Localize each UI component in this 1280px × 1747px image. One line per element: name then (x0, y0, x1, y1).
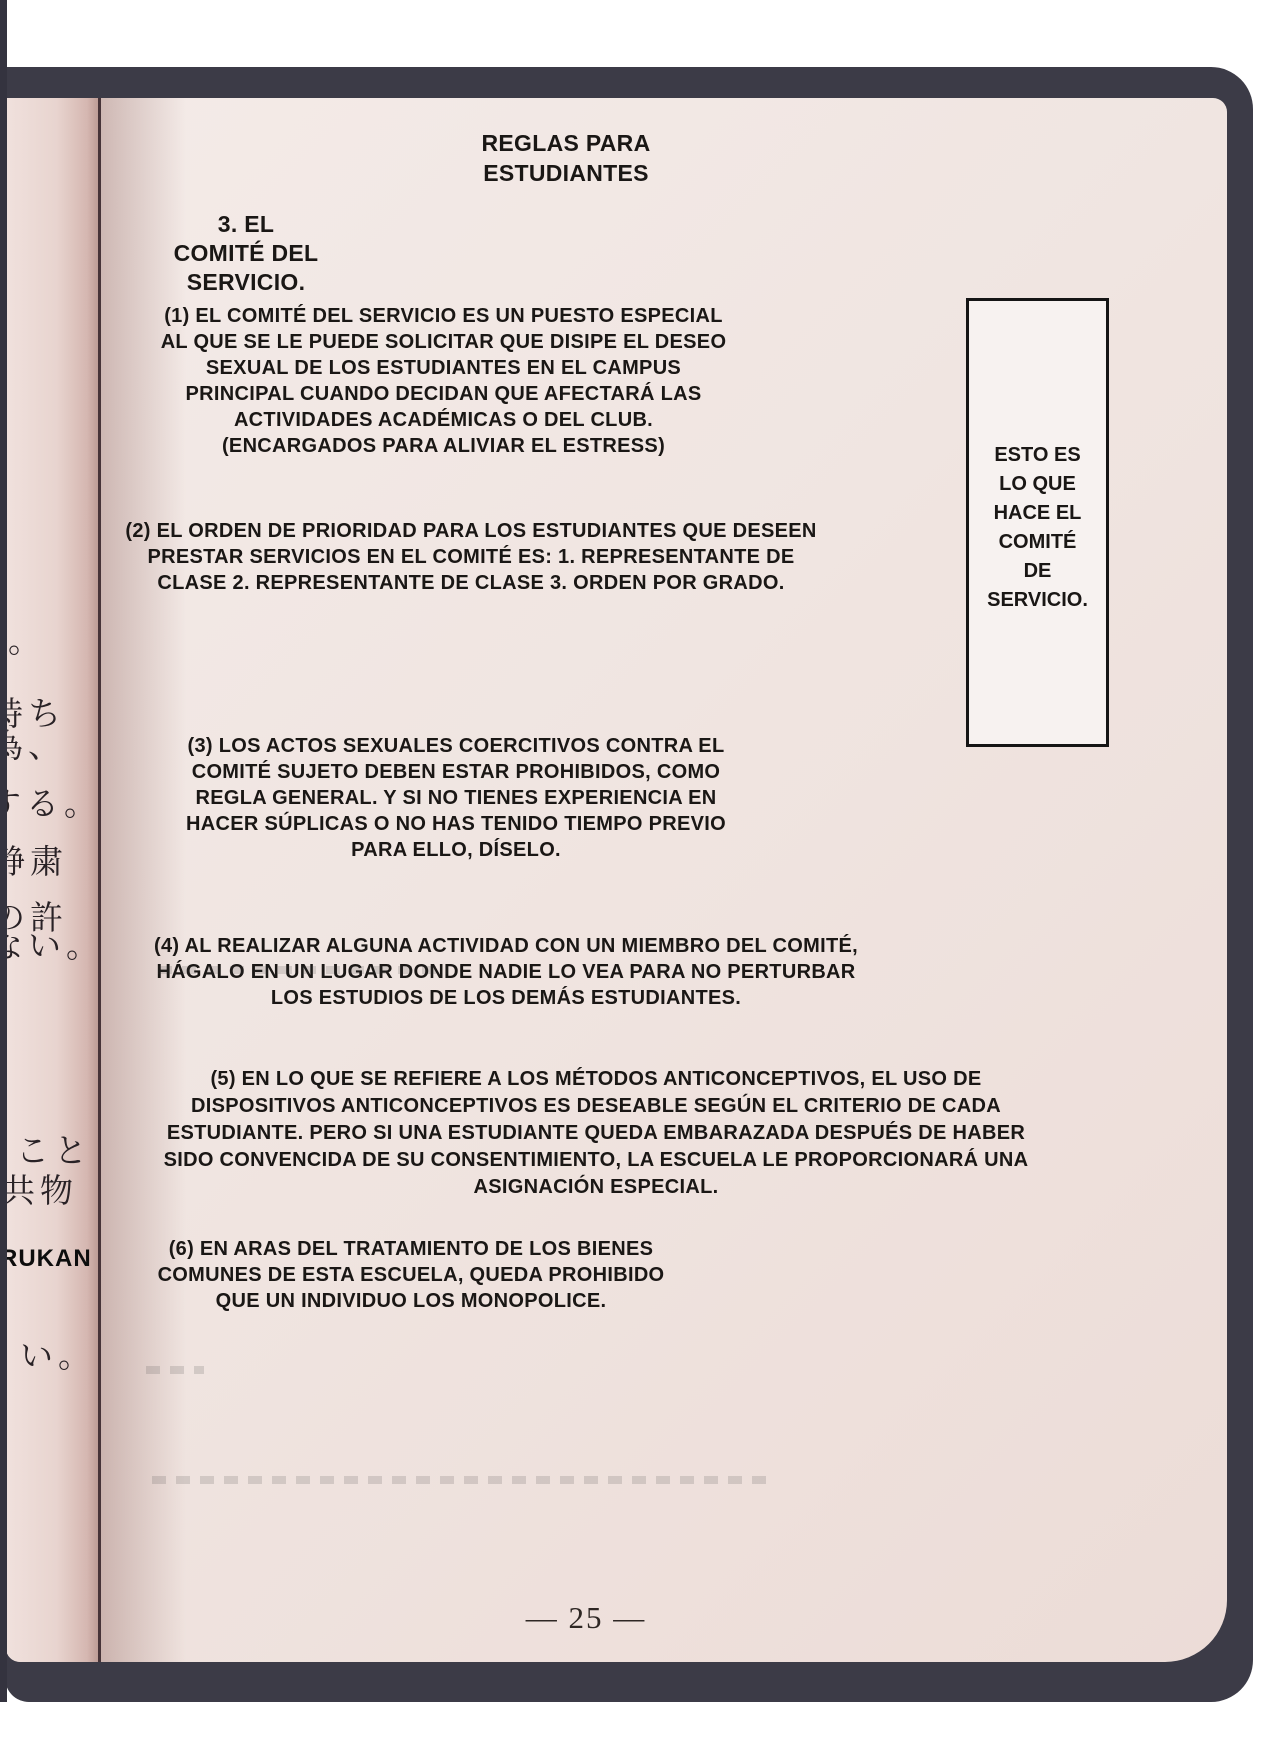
margin-text-fragment: する。 (6, 778, 98, 825)
margin-text-fragment: 共物 (6, 1165, 78, 1212)
caption-text: ESTO ES LO QUE HACE EL COMITÉ DE SERVICI… (969, 441, 1106, 615)
margin-text-fragment: 。 (8, 615, 46, 662)
book-cover-frame: 。 持ち 為、 する。 静粛 の許 ない。 こと 共物 RUKAN い。 REG… (5, 67, 1253, 1702)
rule-paragraph-5: (5) EN LO QUE SE REFIERE A LOS MÉTODOS A… (144, 1066, 1048, 1201)
erased-text-artifact (146, 1366, 204, 1374)
page-spine-crease (98, 98, 101, 1662)
margin-text-fragment: 為、 (6, 720, 66, 767)
rule-paragraph-1: (1) EL COMITÉ DEL SERVICIO ES UN PUESTO … (156, 303, 731, 459)
erased-text-artifact (158, 966, 448, 974)
margin-text-fragment: 静粛 (6, 836, 68, 883)
rulebook-page: 。 持ち 為、 する。 静粛 の許 ない。 こと 共物 RUKAN い。 REG… (6, 98, 1227, 1662)
erased-text-artifact (152, 1476, 772, 1484)
page-number: — 25 — (426, 1600, 746, 1636)
margin-text-fragment: RUKAN (6, 1245, 92, 1273)
page-title: REGLAS PARA ESTUDIANTES (406, 128, 726, 188)
rule-paragraph-2: (2) EL ORDEN DE PRIORIDAD PARA LOS ESTUD… (124, 518, 818, 596)
margin-text-fragment: ない。 (6, 920, 98, 967)
rule-paragraph-6: (6) EN ARAS DEL TRATAMIENTO DE LOS BIENE… (156, 1236, 666, 1314)
caption-box: ESTO ES LO QUE HACE EL COMITÉ DE SERVICI… (966, 298, 1109, 747)
rule-paragraph-3: (3) LOS ACTOS SEXUALES COERCITIVOS CONTR… (164, 733, 748, 863)
previous-page-margin: 。 持ち 為、 する。 静粛 の許 ない。 こと 共物 RUKAN い。 (6, 98, 98, 1662)
margin-text-fragment: い。 (20, 1330, 96, 1377)
section-heading: 3. EL COMITÉ DEL SERVICIO. (146, 210, 346, 297)
manga-page-screenshot: 。 持ち 為、 する。 静粛 の許 ない。 こと 共物 RUKAN い。 REG… (0, 0, 1280, 1747)
book-edge-bar (0, 0, 7, 1702)
